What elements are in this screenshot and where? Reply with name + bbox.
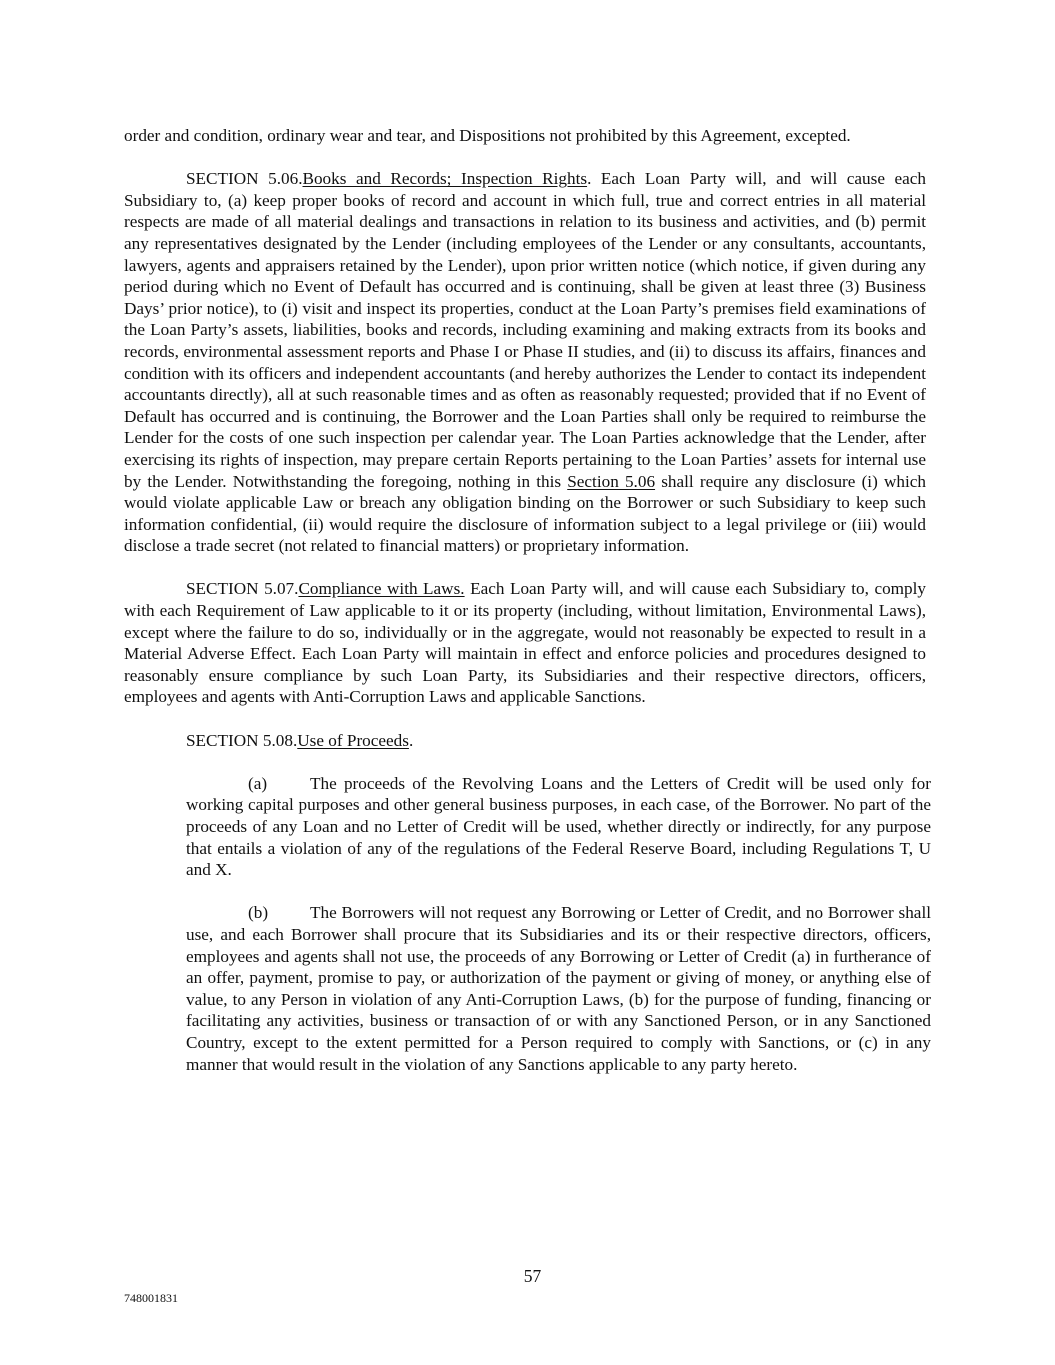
section-number: SECTION 5.08. bbox=[186, 731, 297, 750]
section-title: Use of Proceeds bbox=[297, 731, 409, 750]
section-number: SECTION 5.07. bbox=[186, 579, 298, 598]
section-5-08-clauses: (a)The proceeds of the Revolving Loans a… bbox=[186, 773, 931, 1075]
page-number: 57 bbox=[0, 1266, 1055, 1288]
clause-marker: (a) bbox=[248, 773, 310, 795]
section-5-06: SECTION 5.06.Books and Records; Inspecti… bbox=[124, 168, 926, 557]
clause-b: (b)The Borrowers will not request any Bo… bbox=[186, 902, 931, 1075]
clause-a: (a)The proceeds of the Revolving Loans a… bbox=[186, 773, 931, 881]
continuation-paragraph: order and condition, ordinary wear and t… bbox=[124, 125, 926, 147]
section-title: Compliance with Laws. bbox=[298, 579, 464, 598]
cross-reference-link: Section 5.06 bbox=[567, 472, 655, 491]
section-number: SECTION 5.06. bbox=[186, 169, 303, 188]
clause-text: The Borrowers will not request any Borro… bbox=[186, 903, 931, 1073]
section-title: Books and Records; Inspection Rights bbox=[303, 169, 588, 188]
document-id: 748001831 bbox=[124, 1288, 178, 1310]
section-5-08: SECTION 5.08.Use of Proceeds. bbox=[124, 730, 926, 752]
section-5-07: SECTION 5.07.Compliance with Laws. Each … bbox=[124, 578, 926, 708]
section-body: Each Loan Party will, and will cause eac… bbox=[124, 579, 926, 706]
document-page: order and condition, ordinary wear and t… bbox=[124, 125, 926, 1075]
clause-marker: (b) bbox=[248, 902, 310, 924]
section-body: Each Loan Party will, and will cause eac… bbox=[124, 169, 926, 490]
